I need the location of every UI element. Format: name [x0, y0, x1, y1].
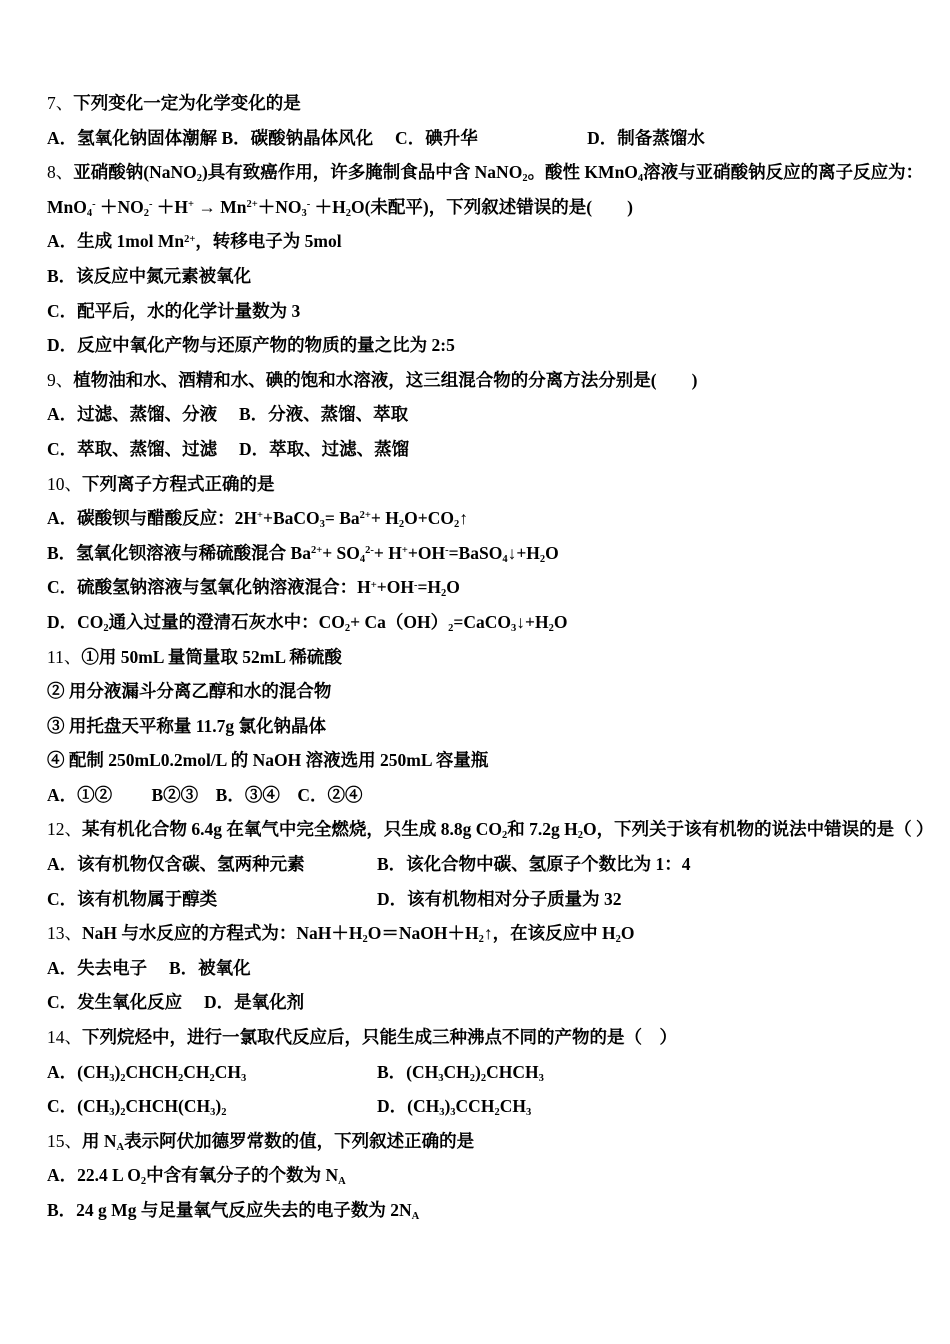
question-9-options-cd-text: C．萃取、蒸馏、过滤 D．萃取、过滤、蒸馏	[47, 439, 409, 459]
subscript: 2	[616, 934, 621, 945]
question-15-option-b-text: B．24 g Mg 与足量氧气反应失去的电子数为 2NA	[47, 1200, 419, 1220]
question-14-stem: 14、下列烷烃中，进行一氯取代反应后，只能生成三种沸点不同的产物的是（ ）	[47, 1020, 945, 1055]
question-8-option-c: C．配平后，水的化学计量数为 3	[47, 294, 945, 329]
question-15-option-b: B．24 g Mg 与足量氧气反应失去的电子数为 2NA	[47, 1193, 945, 1228]
question-13-stem: 13、NaH 与水反应的方程式为：NaH＋H2O＝NaOH＋H2↑，在该反应中 …	[47, 916, 945, 951]
subscript: 3	[526, 1107, 531, 1118]
subscript: 2	[481, 1073, 486, 1084]
question-11-item-3-text: ③ 用托盘天平称量 11.7g 氯化钠晶体	[47, 716, 326, 736]
question-7-stem-text: 下列变化一定为化学变化的是	[73, 93, 301, 113]
question-12-options-ab: A．该有机物仅含碳、氢两种元素B．该化合物中碳、氢原子个数比为 1：4	[47, 847, 945, 882]
subscript: A	[412, 1211, 420, 1222]
question-8-option-d: D．反应中氧化产物与还原产物的物质的量之比为 2:5	[47, 328, 945, 363]
question-10-option-a: A．碳酸钡与醋酸反应：2H++BaCO3= Ba2++ H2O+CO2↑	[47, 501, 945, 536]
question-10-option-c-text: C．硫酸氢钠溶液与氢氧化钠溶液混合：H++OH-=H2O	[47, 577, 460, 597]
subscript: 2	[448, 623, 453, 634]
question-10-option-d-text: D．CO2通入过量的澄清石灰水中：CO2+ Ca（OH）2=CaCO3↓+H2O	[47, 612, 567, 632]
question-11-options-text: A．①② B②③ B．③④ C．②④	[47, 785, 363, 805]
superscript: -	[307, 199, 311, 210]
question-15-stem-text: 用 NA表示阿伏加德罗常数的值，下列叙述正确的是	[82, 1131, 474, 1151]
subscript: 3	[450, 1107, 455, 1118]
question-8-option-a-text: A．生成 1mol Mn2+，转移电子为 5mol	[47, 231, 342, 251]
subscript: 2	[578, 830, 583, 841]
superscript: -	[414, 580, 418, 591]
question-12-stem: 12、某有机化合物 6.4g 在氧气中完全燃烧，只生成 8.8g CO2和 7.…	[47, 812, 945, 847]
question-12-options-cd-col2: D．该有机物相对分子质量为 32	[377, 882, 622, 917]
subscript: 4	[638, 173, 643, 184]
subscript: 2	[221, 1107, 226, 1118]
question-8-option-b-text: B．该反应中氮元素被氧化	[47, 266, 251, 286]
question-8-option-b: B．该反应中氮元素被氧化	[47, 259, 945, 294]
subscript: 2	[441, 588, 446, 599]
subscript: 2	[470, 1073, 475, 1084]
subscript: 3	[320, 519, 325, 530]
subscript: 2	[540, 554, 545, 565]
question-7-stem: 7、下列变化一定为化学变化的是	[47, 86, 945, 121]
superscript: +	[257, 510, 263, 521]
question-10-option-d: D．CO2通入过量的澄清石灰水中：CO2+ Ca（OH）2=CaCO3↓+H2O	[47, 605, 945, 640]
question-11-item-1-number: 11、	[47, 647, 81, 667]
question-7-options: A．氢氧化钠固体潮解 B．碳酸钠晶体风化 C．碘升华 D．制备蒸馏水	[47, 121, 945, 156]
subscript: 2	[141, 1176, 146, 1187]
subscript: 4	[502, 554, 507, 565]
question-15-stem-number: 15、	[47, 1131, 82, 1151]
question-10-stem-text: 下列离子方程式正确的是	[82, 474, 275, 494]
question-10-stem-number: 10、	[47, 474, 82, 494]
question-11-options: A．①② B②③ B．③④ C．②④	[47, 778, 945, 813]
question-8-equation-text: MnO4- ＋NO2- ＋H+ → Mn2+＋NO3- ＋H2O(未配平)，下列…	[47, 197, 633, 217]
question-9-stem: 9、植物油和水、酒精和水、碘的饱和水溶液，这三组混合物的分离方法分别是( )	[47, 363, 945, 398]
question-9-stem-number: 9、	[47, 370, 73, 390]
subscript: 2	[502, 830, 507, 841]
superscript: 2+	[246, 199, 257, 210]
subscript: 2	[494, 1107, 499, 1118]
question-14-stem-text: 下列烷烃中，进行一氯取代反应后，只能生成三种沸点不同的产物的是（ ）	[82, 1027, 677, 1047]
question-11-item-3: ③ 用托盘天平称量 11.7g 氯化钠晶体	[47, 709, 945, 744]
question-7-stem-number: 7、	[47, 93, 73, 113]
question-8-stem-text: 亚硝酸钠(NaNO2)具有致癌作用，许多腌制食品中含 NaNO2。酸性 KMnO…	[73, 162, 923, 182]
question-9-options-ab: A．过滤、蒸馏、分液 B．分液、蒸馏、萃取	[47, 397, 945, 432]
subscript: 3	[210, 1107, 215, 1118]
question-14-options-cd-col1: C．(CH3)2CHCH(CH3)2	[47, 1089, 377, 1124]
subscript: 3	[301, 208, 306, 219]
question-12-options-ab-col2: B．该化合物中碳、氢原子个数比为 1：4	[377, 847, 691, 882]
subscript: 2	[210, 1073, 215, 1084]
question-8-option-a: A．生成 1mol Mn2+，转移电子为 5mol	[47, 224, 945, 259]
question-9-options-cd: C．萃取、蒸馏、过滤 D．萃取、过滤、蒸馏	[47, 432, 945, 467]
subscript: 2	[363, 934, 368, 945]
document-body: 7、下列变化一定为化学变化的是A．氢氧化钠固体潮解 B．碳酸钠晶体风化 C．碘升…	[47, 86, 945, 1228]
question-8-stem-number: 8、	[47, 162, 73, 182]
superscript: +	[188, 199, 194, 210]
subscript: 2	[197, 173, 202, 184]
superscript: +	[402, 545, 408, 556]
subscript: 2	[399, 519, 404, 530]
question-13-stem-text: NaH 与水反应的方程式为：NaH＋H2O＝NaOH＋H2↑，在该反应中 H2O	[82, 923, 634, 943]
exam-page: 7、下列变化一定为化学变化的是A．氢氧化钠固体潮解 B．碳酸钠晶体风化 C．碘升…	[0, 0, 950, 1344]
superscript: -	[445, 545, 449, 556]
subscript: 3	[511, 623, 516, 634]
question-13-options-cd: C．发生氧化反应 D．是氧化剂	[47, 985, 945, 1020]
question-11-item-4-text: ④ 配制 250mL0.2mol/L 的 NaOH 溶液选用 250mL 容量瓶	[47, 750, 488, 770]
subscript: 3	[241, 1073, 246, 1084]
subscript: 3	[539, 1073, 544, 1084]
question-14-options-cd: C．(CH3)2CHCH(CH3)2D．(CH3)3CCH2CH3	[47, 1089, 945, 1124]
question-10-option-c: C．硫酸氢钠溶液与氢氧化钠溶液混合：H++OH-=H2O	[47, 570, 945, 605]
subscript: 2	[345, 623, 350, 634]
question-14-options-ab-col2: B．(CH3CH2)2CHCH3	[377, 1055, 544, 1090]
subscript: 2	[103, 623, 108, 634]
subscript: 2	[479, 934, 484, 945]
subscript: 2	[454, 519, 459, 530]
subscript: 3	[109, 1107, 114, 1118]
question-13-options-ab: A．失去电子 B．被氧化	[47, 951, 945, 986]
question-11-item-4: ④ 配制 250mL0.2mol/L 的 NaOH 溶液选用 250mL 容量瓶	[47, 743, 945, 778]
question-13-options-cd-text: C．发生氧化反应 D．是氧化剂	[47, 992, 304, 1012]
subscript: 3	[439, 1107, 444, 1118]
question-11-item-2: ② 用分液漏斗分离乙醇和水的混合物	[47, 674, 945, 709]
superscript: 2+	[311, 545, 322, 556]
question-7-options-text: A．氢氧化钠固体潮解 B．碳酸钠晶体风化 C．碘升华 D．制备蒸馏水	[47, 128, 705, 148]
subscript: A	[117, 1142, 125, 1153]
question-8-option-d-text: D．反应中氧化产物与还原产物的物质的量之比为 2:5	[47, 335, 455, 355]
question-14-stem-number: 14、	[47, 1027, 82, 1047]
question-15-stem: 15、用 NA表示阿伏加德罗常数的值，下列叙述正确的是	[47, 1124, 945, 1159]
question-11-item-2-text: ② 用分液漏斗分离乙醇和水的混合物	[47, 681, 331, 701]
superscript: 2-	[365, 545, 374, 556]
question-8-option-c-text: C．配平后，水的化学计量数为 3	[47, 301, 300, 321]
subscript: 2	[120, 1073, 125, 1084]
question-12-options-ab-col1: A．该有机物仅含碳、氢两种元素	[47, 847, 377, 882]
superscript: -	[149, 199, 153, 210]
question-10-option-b-text: B．氢氧化钡溶液与稀硫酸混合 Ba2++ SO42-+ H++OH-=BaSO4…	[47, 543, 559, 563]
question-13-stem-number: 13、	[47, 923, 82, 943]
question-11-item-1: 11、①用 50mL 量筒量取 52mL 稀硫酸	[47, 640, 945, 675]
question-13-options-ab-text: A．失去电子 B．被氧化	[47, 958, 251, 978]
subscript: A	[338, 1176, 346, 1187]
question-12-options-cd-col1: C．该有机物属于醇类	[47, 882, 377, 917]
question-11-item-1-text: ①用 50mL 量筒量取 52mL 稀硫酸	[81, 647, 342, 667]
subscript: 3	[109, 1073, 114, 1084]
subscript: 2	[346, 208, 351, 219]
question-8-stem: 8、亚硝酸钠(NaNO2)具有致癌作用，许多腌制食品中含 NaNO2。酸性 KM…	[47, 155, 945, 190]
question-10-option-a-text: A．碳酸钡与醋酸反应：2H++BaCO3= Ba2++ H2O+CO2↑	[47, 508, 468, 528]
question-14-options-ab: A．(CH3)2CHCH2CH2CH3B．(CH3CH2)2CHCH3	[47, 1055, 945, 1090]
subscript: 2	[522, 173, 527, 184]
subscript: 3	[438, 1073, 443, 1084]
question-10-stem: 10、下列离子方程式正确的是	[47, 467, 945, 502]
subscript: 2	[549, 623, 554, 634]
superscript: -	[92, 199, 96, 210]
superscript: 2+	[184, 234, 195, 245]
question-12-stem-text: 某有机化合物 6.4g 在氧气中完全燃烧，只生成 8.8g CO2和 7.2g …	[82, 819, 934, 839]
question-10-option-b: B．氢氧化钡溶液与稀硫酸混合 Ba2++ SO42-+ H++OH-=BaSO4…	[47, 536, 945, 571]
question-12-stem-number: 12、	[47, 819, 82, 839]
question-14-options-ab-col1: A．(CH3)2CHCH2CH2CH3	[47, 1055, 377, 1090]
superscript: 2+	[360, 510, 371, 521]
question-14-options-cd-col2: D．(CH3)3CCH2CH3	[377, 1089, 531, 1124]
question-8-equation: MnO4- ＋NO2- ＋H+ → Mn2+＋NO3- ＋H2O(未配平)，下列…	[47, 190, 945, 225]
subscript: 2	[120, 1107, 125, 1118]
question-15-option-a: A．22.4 L O2中含有氧分子的个数为 NA	[47, 1158, 945, 1193]
subscript: 2	[178, 1073, 183, 1084]
superscript: +	[371, 580, 377, 591]
question-9-options-ab-text: A．过滤、蒸馏、分液 B．分液、蒸馏、萃取	[47, 404, 408, 424]
question-9-stem-text: 植物油和水、酒精和水、碘的饱和水溶液，这三组混合物的分离方法分别是( )	[73, 370, 697, 390]
question-12-options-cd: C．该有机物属于醇类D．该有机物相对分子质量为 32	[47, 882, 945, 917]
question-15-option-a-text: A．22.4 L O2中含有氧分子的个数为 NA	[47, 1165, 346, 1185]
